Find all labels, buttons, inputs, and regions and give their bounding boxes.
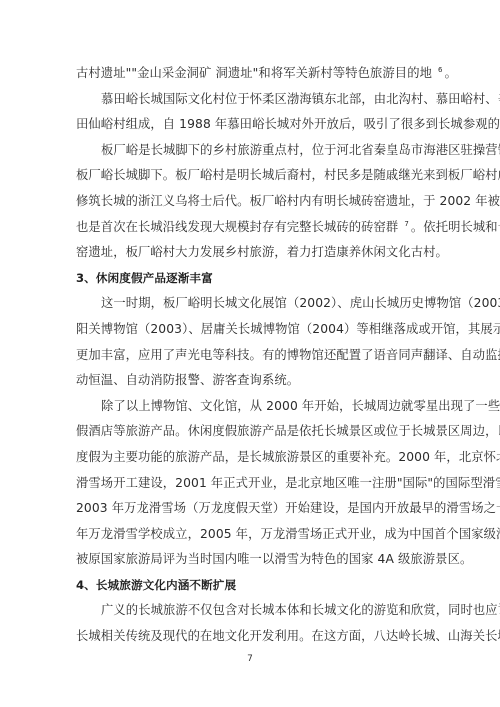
paragraph-line: 更加丰富，应用了声光电等科技。有的博物馆还配置了语音同声翻译、自动监控、自 — [76, 343, 426, 369]
continuation-line: 古村遗址""金山采金洞矿 洞遗址"和将军关新村等特色旅游目的地 6。 — [76, 61, 426, 87]
paragraph-banchangyu: 板厂峪是长城脚下的乡村旅游重点村，位于河北省秦皇岛市海港区驻操营镇西北， 板厂峪… — [76, 138, 426, 266]
section-heading-4: 4、长城旅游文化内涵不断扩展 — [76, 573, 426, 599]
footnote-ref[interactable]: 7 — [404, 220, 409, 228]
paragraph-line: 板厂峪长城脚下。板厂峪村是明长城后裔村，村民多是随戚继光来到板厂峪村戍守、 — [76, 163, 426, 189]
paragraph-line: 窑遗址，板厂峪村大力发展乡村旅游，着力打造康养休闲文化古村。 — [76, 240, 426, 266]
paragraph-line: 板厂峪是长城脚下的乡村旅游重点村，位于河北省秦皇岛市海港区驻操营镇西北， — [76, 138, 426, 164]
paragraph-line: 慕田峪长城国际文化村位于怀柔区渤海镇东北部，由北沟村、慕田峪村、辛村和 — [76, 87, 426, 113]
paragraph-line: 除了以上博物馆、文化馆，从 2000 年开始，长城周边就零星出现了一些休闲度 — [76, 394, 426, 420]
paragraph-line: 被原国家旅游局评为当时国内唯一以滑雪为特色的国家 4A 级旅游景区。 — [76, 547, 426, 573]
paragraph-line: 动恒温、自动消防报警、游客查询系统。 — [76, 368, 426, 394]
line-text: 。 — [445, 66, 457, 80]
paragraph-line: 田仙峪村组成，自 1988 年慕田峪长城对外开放后，吸引了很多到长城参观的外国人… — [76, 112, 426, 138]
page-number: 7 — [0, 654, 500, 664]
paragraph-museums: 这一时期，板厂峪明长城文化展馆（2002）、虎山长城历史博物馆（2003）、 阳… — [76, 291, 426, 393]
paragraph-line: 2003 年万龙滑雪场（万龙度假天堂）开始建设，是国内开放最早的滑雪场之一，20… — [76, 496, 426, 522]
paragraph-line-with-footnote: 也是首次在长城沿线发现大规模封存有完整长城砖的砖窑群 7。依托明长城和长城砖 — [76, 215, 426, 241]
section-heading-3: 3、休闲度假产品逐渐丰富 — [76, 266, 426, 292]
paragraph-line: 假酒店等旅游产品。休闲度假旅游产品是依托长城景区或位于长城景区周边，以休闲 — [76, 419, 426, 445]
line-text: 。依托明长城和长城砖 — [411, 220, 500, 234]
paragraph-line: 广义的长城旅游不仅包含对长城本体和长城文化的游览和欣赏，同时也应该包含 — [76, 598, 426, 624]
body-text: 古村遗址""金山采金洞矿 洞遗址"和将军关新村等特色旅游目的地 6。 慕田峪长城… — [76, 61, 426, 650]
paragraph-line: 度假为主要功能的旅游产品，是长城旅游景区的重要补充。2000 年，北京怀北国际 — [76, 445, 426, 471]
paragraph-leisure: 除了以上博物馆、文化馆，从 2000 年开始，长城周边就零星出现了一些休闲度 假… — [76, 394, 426, 573]
document-page: 古村遗址""金山采金洞矿 洞遗址"和将军关新村等特色旅游目的地 6。 慕田峪长城… — [0, 0, 500, 707]
paragraph-line: 长城相关传统及现代的在地文化开发利用。在这方面，八达岭长城、山海关长城、固 — [76, 624, 426, 650]
paragraph-mutianyu: 慕田峪长城国际文化村位于怀柔区渤海镇东北部，由北沟村、慕田峪村、辛村和 田仙峪村… — [76, 87, 426, 138]
paragraph-line: 阳关博物馆（2003）、居庸关长城博物馆（2004）等相继落成或开馆，其展示手段 — [76, 317, 426, 343]
line-text: 古村遗址""金山采金洞矿 洞遗址"和将军关新村等特色旅游目的地 — [76, 66, 436, 80]
paragraph-broad: 广义的长城旅游不仅包含对长城本体和长城文化的游览和欣赏，同时也应该包含 长城相关… — [76, 598, 426, 649]
paragraph-line: 年万龙滑雪学校成立，2005 年，万龙滑雪场正式开业，成为中国首个国家级滑雪场， — [76, 522, 426, 548]
paragraph-line: 滑雪场开工建设，2001 年正式开业，是北京地区唯一注册"国际"的国际型滑雪场。 — [76, 471, 426, 497]
line-text: 也是首次在长城沿线发现大规模封存有完整长城砖的砖窑群 — [76, 220, 402, 234]
footnote-ref[interactable]: 6 — [438, 66, 443, 74]
paragraph-line: 修筑长城的浙江义乌将士后代。板厂峪村内有明长城砖窑遗址，于 2002 年被发现， — [76, 189, 426, 215]
paragraph-line: 这一时期，板厂峪明长城文化展馆（2002）、虎山长城历史博物馆（2003）、 — [76, 291, 426, 317]
